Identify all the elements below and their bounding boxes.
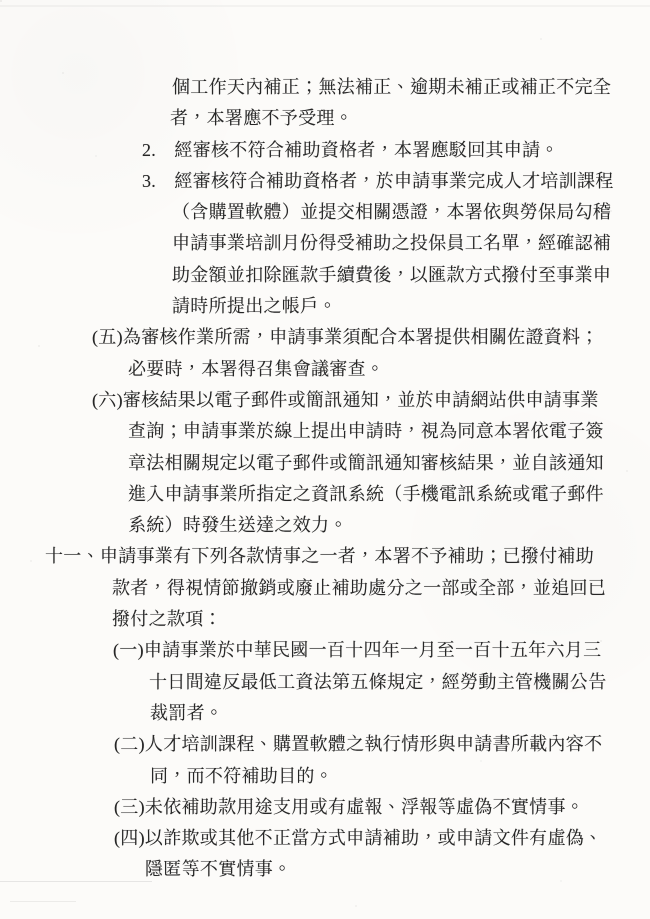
text-line: 裁罰者。	[0, 698, 650, 729]
text-line: 必要時，本署得召集會議審查。	[0, 354, 650, 385]
text-line: (一)申請事業於中華民國一百十四年一月至一百十五年六月三	[0, 635, 650, 666]
text-line: (二)人才培訓課程、購置軟體之執行情形與申請書所載內容不	[0, 729, 650, 760]
text-line: 申請事業培訓月份得受補助之投保員工名單，經確認補	[0, 228, 650, 259]
text-line: 請時所提出之帳戶。	[0, 291, 650, 322]
scan-streak	[0, 881, 152, 882]
text-line: (三)未依補助款用途支用或有虛報、浮報等虛偽不實情事。	[0, 792, 650, 823]
text-line: 款者，得視情節撤銷或廢止補助處分之一部或全部，並追回已	[0, 573, 650, 604]
text-line: 同，而不符補助目的。	[0, 761, 650, 792]
text-line: （含購置軟體）並提交相關憑證，本署依與勞保局勾稽	[0, 197, 650, 228]
text-line: 3. 經審核符合補助資格者，於申請事業完成人才培訓課程	[0, 166, 650, 197]
text-line: 撥付之款項：	[0, 604, 650, 635]
text-line: (六)審核結果以電子郵件或簡訊通知，並於申請網站供申請事業	[0, 385, 650, 416]
text-line: 系統）時發生送達之效力。	[0, 510, 650, 541]
scan-streak	[10, 901, 76, 902]
text-line: 助金額並扣除匯款手續費後，以匯款方式撥付至事業申	[0, 260, 650, 291]
document-body: 個工作天內補正；無法補正、逾期未補正或補正不完全者，本署應不予受理。2. 經審核…	[0, 0, 650, 886]
document-page: 個工作天內補正；無法補正、逾期未補正或補正不完全者，本署應不予受理。2. 經審核…	[0, 0, 650, 919]
text-line: 十日間違反最低工資法第五條規定，經勞動主管機關公告	[0, 667, 650, 698]
text-line: 者，本署應不予受理。	[0, 103, 650, 134]
text-line: (四)以詐欺或其他不正當方式申請補助，或申請文件有虛偽、	[0, 823, 650, 854]
text-line: (五)為審核作業所需，申請事業須配合本署提供相關佐證資料；	[0, 322, 650, 353]
text-line: 十一、申請事業有下列各款情事之一者，本署不予補助；已撥付補助	[0, 541, 650, 572]
text-line: 查詢；申請事業於線上提出申請時，視為同意本署依電子簽	[0, 416, 650, 447]
text-line: 進入申請事業所指定之資訊系統（手機電訊系統或電子郵件	[0, 479, 650, 510]
text-line: 章法相關規定以電子郵件或簡訊通知審核結果，並自該通知	[0, 448, 650, 479]
text-line: 2. 經審核不符合補助資格者，本署應駁回其申請。	[0, 135, 650, 166]
text-line: 個工作天內補正；無法補正、逾期未補正或補正不完全	[0, 72, 650, 103]
